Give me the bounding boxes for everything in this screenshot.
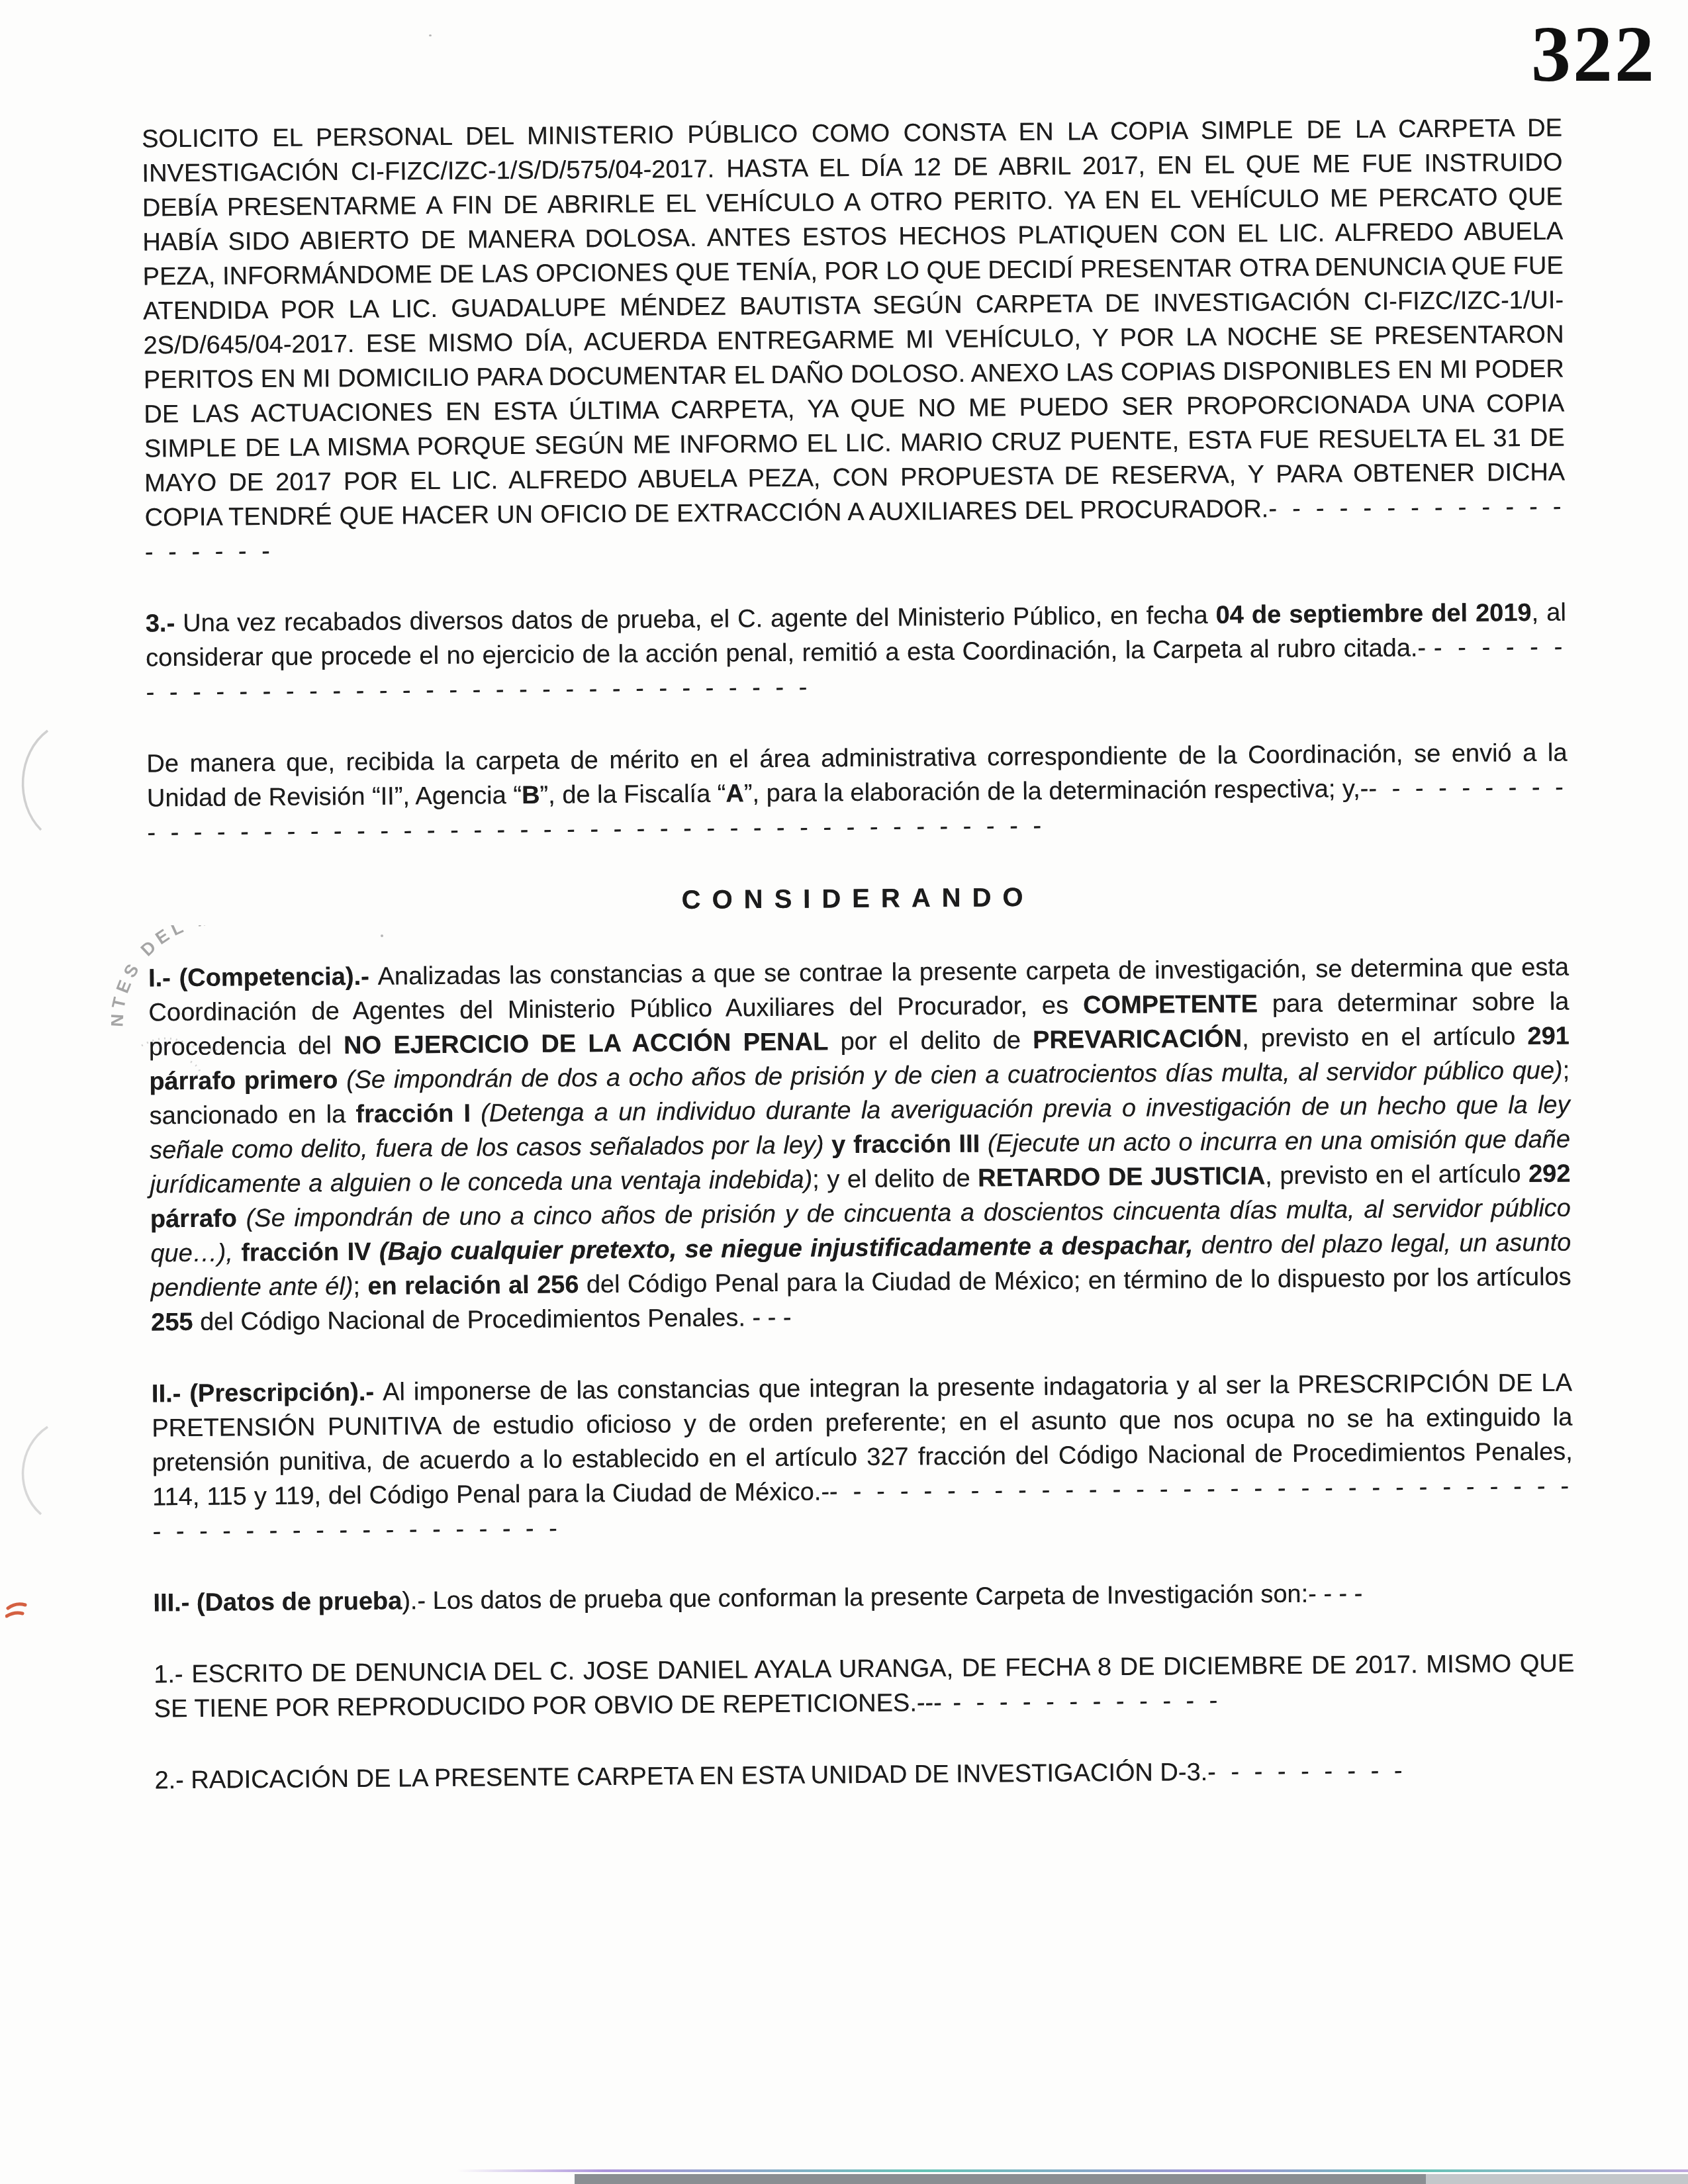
text-run: por el delito de (828, 1026, 1033, 1056)
text-run: 3.- (146, 610, 183, 637)
paragraph-competencia: I.- (Competencia).- Analizadas las const… (148, 950, 1571, 1340)
text-run: ; (353, 1273, 367, 1300)
text-run: 1.- ESCRITO DE DENUNCIA DEL C. JOSE DANI… (154, 1650, 1574, 1723)
pen-curve-mark-upper (4, 725, 64, 838)
text-run: COMPETENTE (1083, 990, 1258, 1019)
text-run: III.- (Datos de prueba (153, 1587, 402, 1617)
text-run: 255 (151, 1308, 193, 1336)
orange-pen-mark (5, 1600, 34, 1624)
text-run: RETARDO DE JUSTICIA (978, 1162, 1265, 1192)
paragraph-de-manera-que: De manera que, recibida la carpeta de mé… (146, 736, 1568, 850)
text-run: del Código Penal para la Ciudad de Méxic… (579, 1263, 1571, 1299)
text-run: ).- Los datos de prueba que conforman la… (402, 1580, 1362, 1615)
scan-speck (1021, 1461, 1023, 1463)
text-run: I.- (Competencia).- (148, 963, 378, 993)
scanner-bottom-band-dark (575, 2174, 1426, 2184)
scanner-bottom-band-light (1426, 2174, 1688, 2184)
text-run (823, 1131, 831, 1159)
text-run: Una vez recabados diversos datos de prue… (183, 602, 1216, 637)
text-run: fracción IV (241, 1238, 371, 1267)
text-run: A (726, 780, 744, 807)
text-run: 2.- RADICACIÓN DE LA PRESENTE CARPETA EN… (154, 1758, 1207, 1794)
paragraph-item-3: 3.- Una vez recabados diversos datos de … (146, 596, 1567, 710)
text-run: (Bajo cualquier pretexto, se niegue inju… (379, 1232, 1194, 1266)
text-run: ; y el delito de (812, 1165, 978, 1194)
paragraph-prescripcion: II.- (Prescripción).- Al imponerse de la… (152, 1366, 1573, 1549)
considerando-heading: CONSIDERANDO (148, 876, 1568, 922)
text-run: PREVARICACIÓN (1033, 1024, 1242, 1054)
pen-curve-mark-lower (0, 1423, 60, 1522)
text-run: ”, para la elaboración de la determinaci… (744, 775, 1369, 807)
paragraph-solicito: SOLICITO EL PERSONAL DEL MINISTERIO PÚBL… (142, 111, 1566, 570)
text-run (237, 1205, 246, 1232)
scan-speck (381, 934, 383, 937)
document-body: SOLICITO EL PERSONAL DEL MINISTERIO PÚBL… (142, 111, 1575, 1835)
text-run: fracción I (355, 1100, 471, 1128)
scan-speck (429, 34, 432, 36)
scanner-color-line-artifact (457, 2169, 1688, 2172)
paragraph-dato-2: 2.- RADICACIÓN DE LA PRESENTE CARPETA EN… (154, 1752, 1575, 1798)
text-run: II.- (Prescripción).- (152, 1379, 383, 1408)
text-run (371, 1238, 379, 1266)
text-run: B (522, 782, 540, 809)
text-run: , previsto en el artículo (1242, 1023, 1528, 1052)
text-run: - - - - - - - - - (1207, 1757, 1407, 1786)
text-run: , previsto en el artículo (1265, 1160, 1528, 1190)
text-run (338, 1066, 346, 1094)
scanned-document-page: 322 SOLICITO EL PERSONAL DEL MINISTERIO … (0, 0, 1688, 2184)
text-run: ”, de la Fiscalía “ (539, 780, 726, 809)
paragraph-datos-de-prueba: III.- (Datos de prueba).- Los datos de p… (153, 1575, 1573, 1621)
text-run: del Código Nacional de Procedimientos Pe… (193, 1304, 791, 1336)
text-run: (Se impondrán de dos a ocho años de pris… (346, 1057, 1563, 1094)
text-run: y fracción III (831, 1130, 980, 1160)
text-run: SOLICITO EL PERSONAL DEL MINISTERIO PÚBL… (142, 114, 1565, 532)
paragraph-dato-1: 1.- ESCRITO DE DENUNCIA DEL C. JOSE DANI… (154, 1647, 1575, 1727)
text-run: 04 de septiembre del 2019 (1215, 599, 1531, 629)
page-number: 322 (1531, 15, 1656, 94)
text-run: - - - - - - - - - - - - (942, 1687, 1222, 1717)
text-run (980, 1130, 988, 1158)
text-run (471, 1099, 481, 1127)
text-run: en relación al 256 (367, 1271, 579, 1300)
text-run: NO EJERCICIO DE LA ACCIÓN PENAL (344, 1028, 829, 1060)
text-run (233, 1239, 242, 1267)
